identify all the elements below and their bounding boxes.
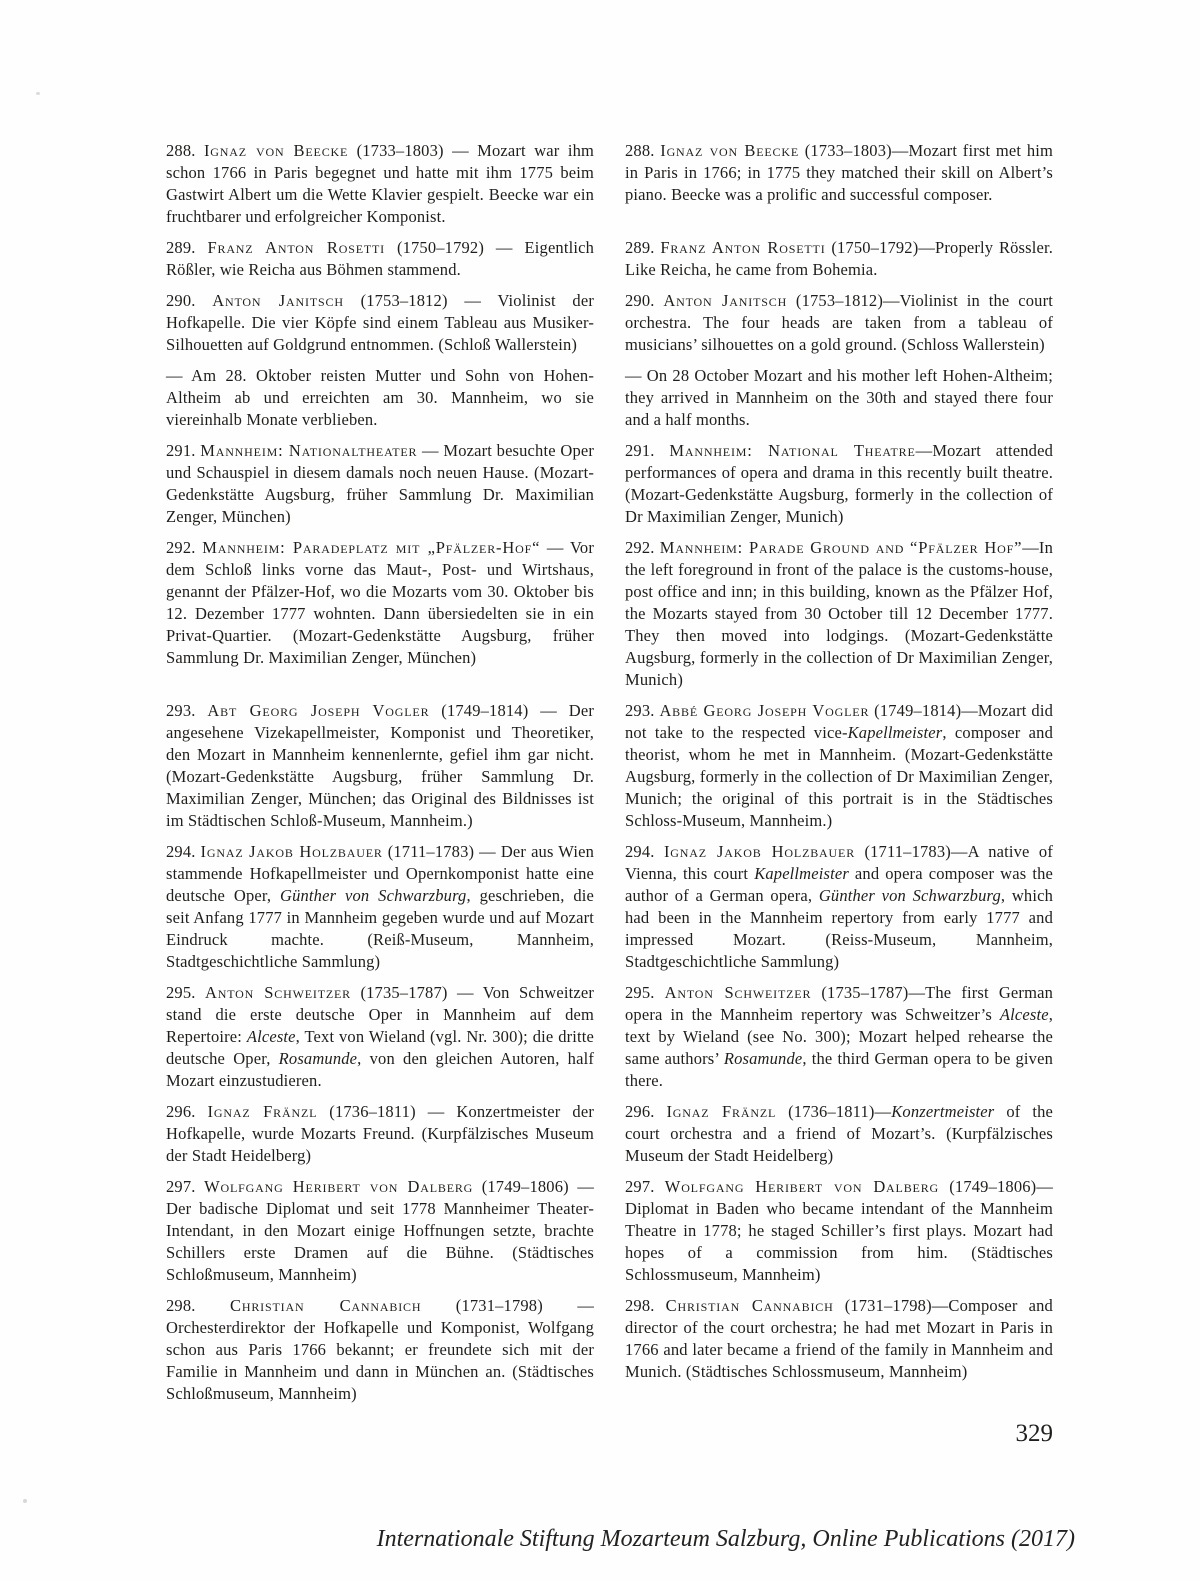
body-text: 290. xyxy=(166,291,212,310)
body-text: 296. xyxy=(625,1102,666,1121)
body-text: — Vor dem Schloß links vorne das Maut-, … xyxy=(166,538,594,667)
entry-298-en: 298. Christian Cannabich (1731–1798)—Com… xyxy=(625,1295,1053,1405)
body-text: 295. xyxy=(625,983,665,1002)
body-text: 292. xyxy=(625,538,660,557)
work-title-italic: Rosamunde xyxy=(724,1049,802,1068)
person-name-smallcaps: Wolfgang Heribert von Dalberg xyxy=(204,1177,473,1196)
entry-297-de: 297. Wolfgang Heribert von Dalberg (1749… xyxy=(166,1176,594,1286)
body-text: 294. xyxy=(625,842,664,861)
entry-291-de: 291. Mannheim: Nationaltheater — Mozart … xyxy=(166,440,594,528)
body-text: 293. xyxy=(166,701,207,720)
person-name-smallcaps: Anton Schweitzer xyxy=(205,983,351,1002)
person-name-smallcaps: Mannheim: Nationaltheater xyxy=(200,441,417,460)
person-name-smallcaps: Ignaz von Beecke xyxy=(660,141,799,160)
person-name-smallcaps: Franz Anton Rosetti xyxy=(207,238,385,257)
entry-290-en: 290. Anton Janitsch (1753–1812)—Violinis… xyxy=(625,290,1053,356)
body-text: 297. xyxy=(625,1177,665,1196)
body-text: 298. xyxy=(166,1296,230,1315)
person-name-smallcaps: Anton Schweitzer xyxy=(665,983,812,1002)
work-title-italic: Konzertmeister xyxy=(891,1102,994,1121)
entry-290-de: 290. Anton Janitsch (1753–1812) — Violin… xyxy=(166,290,594,356)
publication-footer: Internationale Stiftung Mozarteum Salzbu… xyxy=(0,1524,1075,1554)
body-text: 290. xyxy=(625,291,663,310)
entry-289-en: 289. Franz Anton Rosetti (1750–1792)—Pro… xyxy=(625,237,1053,281)
body-text: 291. xyxy=(625,441,669,460)
body-text: (1749–1814) — Der angesehene Vizekapellm… xyxy=(166,701,594,830)
entry-288-de: 288. Ignaz von Beecke (1733–1803) — Moza… xyxy=(166,140,594,228)
book-page: 288. Ignaz von Beecke (1733–1803) — Moza… xyxy=(0,0,1200,1581)
scan-speck xyxy=(36,92,40,95)
body-text: 289. xyxy=(166,238,207,257)
work-title-italic: Günther von Schwarzburg xyxy=(819,886,1001,905)
body-text: 297. xyxy=(166,1177,204,1196)
entry-290-note-en: — On 28 October Mozart and his mother le… xyxy=(625,365,1053,431)
entry-290-note-de: — Am 28. Oktober reisten Mutter und Sohn… xyxy=(166,365,594,431)
work-title-italic: Alceste xyxy=(247,1027,296,1046)
person-name-smallcaps: Wolfgang Heribert von Dalberg xyxy=(665,1177,939,1196)
entry-289-de: 289. Franz Anton Rosetti (1750–1792) — E… xyxy=(166,237,594,281)
work-title-italic: Rosamunde xyxy=(279,1049,357,1068)
body-text: —In the left foreground in front of the … xyxy=(625,538,1053,689)
body-text: 293. xyxy=(625,701,659,720)
body-text: 294. xyxy=(166,842,201,861)
person-name-smallcaps: Abbé Georg Joseph Vogler xyxy=(659,701,869,720)
work-title-italic: Kapellmeister xyxy=(848,723,943,742)
entry-295-de: 295. Anton Schweitzer (1735–1787) — Von … xyxy=(166,982,594,1092)
person-name-smallcaps: Abt Georg Joseph Vogler xyxy=(207,701,429,720)
body-text: 296. xyxy=(166,1102,208,1121)
entry-295-en: 295. Anton Schweitzer (1735–1787)—The fi… xyxy=(625,982,1053,1092)
entry-297-en: 297. Wolfgang Heribert von Dalberg (1749… xyxy=(625,1176,1053,1286)
body-text: (1736–1811)— xyxy=(776,1102,891,1121)
body-text: 292. xyxy=(166,538,202,557)
entry-288-en: 288. Ignaz von Beecke (1733–1803)—Mozart… xyxy=(625,140,1053,228)
entry-298-de: 298. Christian Cannabich (1731–1798) — O… xyxy=(166,1295,594,1405)
entry-292-de: 292. Mannheim: Paradeplatz mit „Pfälzer-… xyxy=(166,537,594,691)
entry-296-de: 296. Ignaz Fränzl (1736–1811) — Konzertm… xyxy=(166,1101,594,1167)
body-text: 298. xyxy=(625,1296,666,1315)
entry-296-en: 296. Ignaz Fränzl (1736–1811)—Konzertmei… xyxy=(625,1101,1053,1167)
body-text: 288. xyxy=(166,141,204,160)
bilingual-catalog: 288. Ignaz von Beecke (1733–1803) — Moza… xyxy=(166,140,1053,1405)
body-text: 291. xyxy=(166,441,200,460)
person-name-smallcaps: Mannheim: Paradeplatz mit „Pfälzer-Hof“ xyxy=(202,538,540,557)
entry-294-de: 294. Ignaz Jakob Holzbauer (1711–1783) —… xyxy=(166,841,594,973)
person-name-smallcaps: Mannheim: Parade Ground and “Pfälzer Hof… xyxy=(660,538,1023,557)
entry-291-en: 291. Mannheim: National Theatre—Mozart a… xyxy=(625,440,1053,528)
entry-293-en: 293. Abbé Georg Joseph Vogler (1749–1814… xyxy=(625,700,1053,832)
entry-294-en: 294. Ignaz Jakob Holzbauer (1711–1783)—A… xyxy=(625,841,1053,973)
body-text: 288. xyxy=(625,141,660,160)
entry-293-de: 293. Abt Georg Joseph Vogler (1749–1814)… xyxy=(166,700,594,832)
work-title-italic: Kapellmeister xyxy=(754,864,849,883)
person-name-smallcaps: Ignaz Jakob Holzbauer xyxy=(201,842,383,861)
person-name-smallcaps: Christian Cannabich xyxy=(666,1296,834,1315)
person-name-smallcaps: Ignaz von Beecke xyxy=(204,141,348,160)
body-text: — Am 28. Oktober reisten Mutter und Sohn… xyxy=(166,366,594,429)
work-title-italic: Alceste xyxy=(1000,1005,1049,1024)
person-name-smallcaps: Mannheim: National Theatre xyxy=(669,441,915,460)
body-text: 289. xyxy=(625,238,660,257)
body-text: 295. xyxy=(166,983,205,1002)
person-name-smallcaps: Ignaz Fränzl xyxy=(666,1102,776,1121)
person-name-smallcaps: Anton Janitsch xyxy=(212,291,344,310)
entry-292-en: 292. Mannheim: Parade Ground and “Pfälze… xyxy=(625,537,1053,691)
person-name-smallcaps: Anton Janitsch xyxy=(663,291,787,310)
person-name-smallcaps: Christian Cannabich xyxy=(230,1296,421,1315)
scan-speck xyxy=(23,1499,27,1503)
person-name-smallcaps: Ignaz Jakob Holzbauer xyxy=(664,842,855,861)
person-name-smallcaps: Franz Anton Rosetti xyxy=(660,238,825,257)
body-text: — On 28 October Mozart and his mother le… xyxy=(625,366,1053,429)
work-title-italic: Günther von Schwarzburg xyxy=(280,886,466,905)
page-number: 329 xyxy=(166,1420,1053,1448)
person-name-smallcaps: Ignaz Fränzl xyxy=(208,1102,318,1121)
